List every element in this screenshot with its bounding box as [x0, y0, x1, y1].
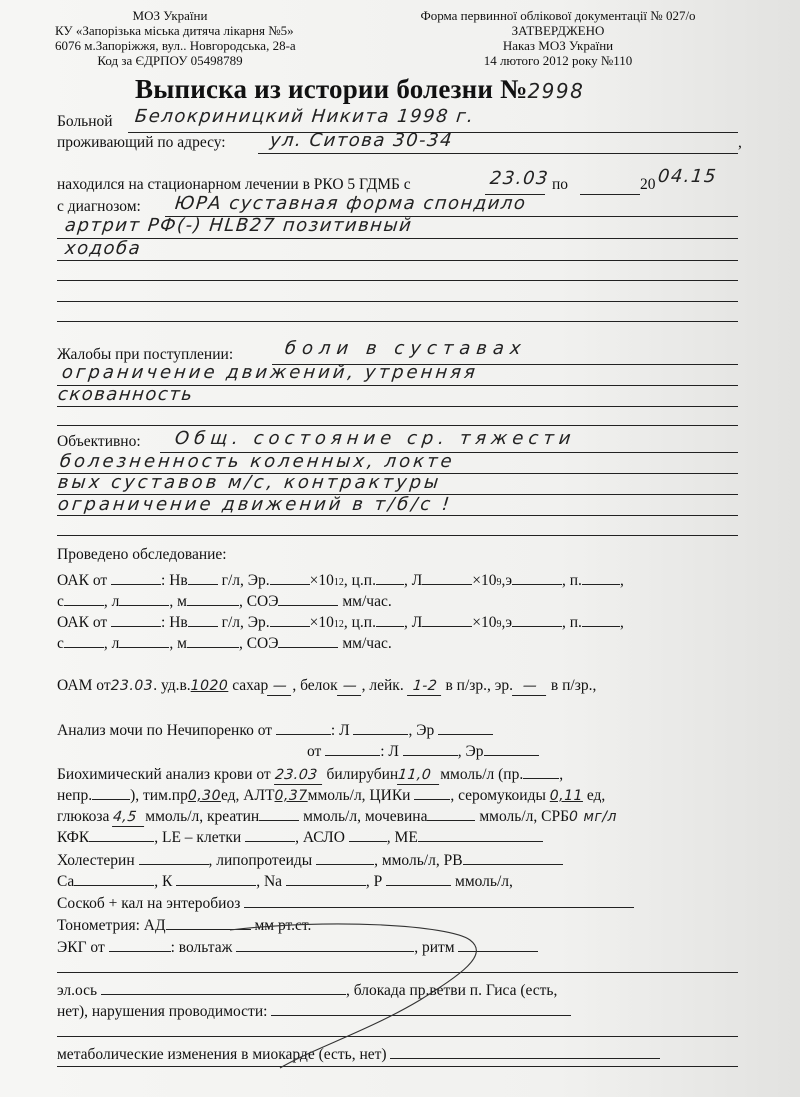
bilirubin-value: 11,0 [397, 766, 441, 785]
protein-label: , белок [292, 677, 337, 694]
lymph-label: , л [104, 635, 120, 652]
nech-er-label: , Эр [408, 722, 434, 739]
nech-er-label: , Эр [458, 743, 484, 760]
m-label: , м [169, 635, 187, 652]
metabolic-label: метаболические изменения в миокарде (ест… [57, 1046, 387, 1063]
le-label: , LE – клетки [154, 829, 241, 846]
hb-label: : Нв [161, 572, 188, 589]
l-label: , Л [404, 614, 422, 631]
biochem-row-1: Биохимический анализ крови от 23.03 били… [57, 764, 563, 785]
approved-label: ЗАТВЕРДЖЕНО [408, 23, 708, 38]
oak-label: ОАК от [57, 614, 107, 631]
biochem-row-4: КФК, LE – клетки , АСЛО , МЕ [57, 827, 543, 847]
na-label: , Na [256, 873, 282, 890]
objective-line-5 [57, 535, 738, 536]
header-right: Форма первинної облікової документації №… [408, 8, 708, 68]
ecg-row-3: нет), нарушения проводимости: [57, 1001, 571, 1021]
order-date: 14 лютого 2012 року №110 [408, 53, 708, 68]
oam-label: ОАМ от [57, 677, 111, 694]
biochem-row-2: непр.), тим.пр0,30ед, АЛТ0,37ммоль/л, ЦИ… [57, 785, 605, 805]
diagnosis-line-3 [57, 260, 738, 261]
bili-unit: ммоль/л (пр. [440, 766, 523, 783]
seromuk-unit: ед, [587, 787, 605, 804]
ecg-row-1: ЭКГ от : вольтаж , ритм [57, 937, 538, 957]
complaints-line-4 [57, 425, 738, 426]
k-label: , К [154, 873, 172, 890]
block-label: , блокада пр.ветви п. Гиса (есть, [346, 982, 557, 999]
nechiporenko-row-2: от : Л , Эр [307, 741, 539, 761]
seromuk-label: , серомукоиды [450, 787, 546, 804]
objective-text-2: болезненность коленных, локте [59, 451, 456, 472]
lymph-label: , л [104, 593, 120, 610]
cp-label: , ц.п. [344, 614, 376, 631]
hb-unit: г/л, Эр. [222, 572, 270, 589]
stay-year: 20 [640, 176, 656, 194]
exam-heading: Проведено обследование: [57, 546, 227, 564]
objective-text-3: вых суставов м/с, контрактуры [57, 472, 443, 493]
objective-text-4: ограничение движений в т/б/с ! [57, 494, 453, 515]
alt-unit: ммоль/л, ЦИКи [308, 787, 411, 804]
x10-exp: 12 [334, 619, 344, 630]
m-label: , м [169, 593, 187, 610]
diagnosis-line-4 [57, 280, 738, 281]
ecg-row-2: эл.ось , блокада пр.ветви п. Гиса (есть, [57, 980, 557, 1000]
leuk-label: , лейк. [362, 677, 404, 694]
rhythm-label: , ритм [414, 939, 454, 956]
objective-label: Объективно: [57, 433, 141, 451]
history-number: 2998 [527, 79, 584, 103]
soe-unit: мм/час. [342, 593, 391, 610]
tonometry-row: Тонометрия: АД мм рт.ст. [57, 915, 311, 935]
x109-label: ×10 [472, 614, 496, 631]
x10-label: ×10 [310, 614, 334, 631]
x10-label: ×10 [310, 572, 334, 589]
seromucoid-value: 0,11 [550, 788, 583, 804]
biochem-row-5: Холестерин , липопротеиды , ммоль/л, РВ [57, 850, 563, 870]
biochem-date: 23.03 [274, 766, 324, 785]
s-label: с [57, 593, 64, 610]
alt-label: ед, АЛТ [221, 787, 275, 804]
address-comma: , [738, 134, 742, 152]
stay-to-label: по [552, 176, 568, 194]
urea-unit: ммоль/л, СРБ [479, 808, 569, 825]
lipo-unit: , ммоль/л, РВ [374, 852, 462, 869]
soe-label: , СОЭ [239, 593, 279, 610]
kfk-label: КФК [57, 829, 89, 846]
e-label: ,э [501, 614, 512, 631]
oam-erythrocytes: — [512, 677, 548, 696]
enterobiosis-row: Соскоб + кал на энтеробиоз [57, 893, 634, 913]
order-name: Наказ МОЗ України [408, 38, 708, 53]
lipo-label: , липопротеиды [209, 852, 313, 869]
p-unit: ммоль/л, [455, 873, 513, 890]
complaints-text-2: ограничение движений, утренняя [61, 362, 479, 383]
oam-specific-gravity: 1020 [191, 678, 229, 694]
comma: , [559, 766, 563, 783]
timol-label: ), тим.пр [130, 787, 188, 804]
x109-label: ×10 [472, 572, 496, 589]
ministry-name: МОЗ України [55, 8, 285, 23]
diagnosis-line-6 [57, 321, 738, 322]
nech-l-label: : Л [331, 722, 350, 739]
patient-label: Больной [57, 113, 113, 131]
ud-label: . уд.в. [153, 677, 190, 694]
bottom-line [57, 1066, 738, 1067]
ecg-row-4: метаболические изменения в миокарде (ест… [57, 1044, 660, 1064]
complaints-line-3 [57, 406, 738, 407]
e-label: ,э [501, 572, 512, 589]
p-label: , п. [562, 572, 582, 589]
ecg-label: ЭКГ от [57, 939, 105, 956]
comma: , [620, 614, 624, 631]
l-label: , Л [404, 572, 422, 589]
alt-value: 0,37 [275, 788, 308, 804]
p-label: , Р [366, 873, 382, 890]
oam-protein: — [337, 677, 363, 696]
oak-row-1b: с, л, м, СОЭ мм/час. [57, 591, 392, 611]
p-label: , п. [562, 614, 582, 631]
hospital-name: КУ «Запорізька міська дитяча лікарня №5» [55, 23, 285, 38]
soe-label: , СОЭ [239, 635, 279, 652]
nechiporenko-label: Анализ мочи по Нечипоренко от [57, 722, 272, 739]
nech-l-label: : Л [380, 743, 399, 760]
comma: , [620, 572, 624, 589]
oam-sugar: — [267, 677, 293, 696]
oak-row-2b: с, л, м, СОЭ мм/час. [57, 633, 392, 653]
oam-date: 23.03 [111, 678, 154, 694]
address-line [258, 153, 738, 154]
field-end: в п/зр., [551, 677, 596, 694]
diagnosis-text-3: ходоба [64, 238, 142, 259]
biochem-label: Биохимический анализ крови от [57, 766, 271, 783]
objective-text-1: Общ. состояние ср. тяжести [174, 428, 577, 449]
diagnosis-line-5 [57, 301, 738, 302]
field-label: в п/зр., эр. [445, 677, 513, 694]
glucose-unit: ммоль/л, креатин [145, 808, 259, 825]
hospital-code: Код за ЄДРПОУ 05498789 [55, 53, 285, 68]
oak-label: ОАК от [57, 572, 107, 589]
complaints-text-3: скованность [57, 384, 195, 405]
glucose-label: глюкоза [57, 808, 109, 825]
crp-value: 0 мг/л [569, 809, 617, 825]
address-value: ул. Ситова 30-34 [269, 130, 454, 151]
address-label: проживающий по адресу: [57, 134, 226, 152]
diagnosis-text-2: артрит РФ(-) HLB27 позитивный [64, 215, 414, 236]
diagnosis-text-1: ЮРА суставная форма спондило [174, 193, 528, 214]
oak-row-1: ОАК от : Нв г/л, Эр.×1012, ц.п., Л×109,э… [57, 570, 624, 592]
diagnosis-label: с диагнозом: [57, 198, 141, 216]
enterobiosis-label: Соскоб + кал на энтеробиоз [57, 895, 240, 912]
axis-label: эл.ось [57, 982, 97, 999]
tonometry-unit: мм рт.ст. [254, 917, 311, 934]
nepr-label: непр. [57, 787, 92, 804]
form-number: Форма первинної облікової документації №… [408, 8, 708, 23]
me-label: , МЕ [387, 829, 418, 846]
thymol-value: 0,30 [188, 788, 221, 804]
document-title: Выписка из истории болезни №2998 [135, 74, 584, 105]
nechiporenko-row-1: Анализ мочи по Нечипоренко от : Л , Эр [57, 720, 493, 740]
sugar-label: сахар [232, 677, 268, 694]
objective-line-4 [57, 515, 738, 516]
stay-label: находился на стационарном лечении в РКО … [57, 176, 411, 194]
voltage-label: : вольтаж [171, 939, 233, 956]
diagnosis-line-2 [57, 238, 738, 239]
oam-leukocytes: 1-2 [407, 677, 443, 696]
glucose-value: 4,5 [112, 808, 146, 827]
kreat-unit: ммоль/л, мочевина [303, 808, 427, 825]
cp-label: , ц.п. [344, 572, 376, 589]
oam-row: ОАМ от23.03. уд.в.1020 сахар—, белок—, л… [57, 677, 596, 696]
title-text: Выписка из истории болезни № [135, 74, 527, 104]
nech-ot-label: от [307, 743, 321, 760]
complaints-text-1: боли в суставах [284, 338, 528, 359]
document-page: МОЗ України КУ «Запорізька міська дитяча… [0, 0, 800, 1097]
header-left: МОЗ України КУ «Запорізька міська дитяча… [55, 8, 285, 68]
stay-to: 04.15 [657, 166, 718, 187]
patient-name: Белокриницкий Никита 1998 г. [134, 106, 476, 127]
oak-row-2: ОАК от : Нв г/л, Эр.×1012, ц.п., Л×109,э… [57, 612, 624, 634]
hb-unit: г/л, Эр. [222, 614, 270, 631]
hb-label: : Нв [161, 614, 188, 631]
biochem-row-3: глюкоза 4,5ммоль/л, креатин ммоль/л, моч… [57, 806, 617, 827]
stay-from: 23.03 [489, 168, 550, 189]
hospital-address: 6076 м.Запоріжжя, вул.. Новгородська, 28… [55, 38, 285, 53]
soe-unit: мм/час. [342, 635, 391, 652]
tonometry-label: Тонометрия: АД [57, 917, 166, 934]
aslo-label: , АСЛО [295, 829, 345, 846]
ca-label: Са [57, 873, 74, 890]
cholesterol-label: Холестерин [57, 852, 135, 869]
stay-to-line [580, 194, 640, 195]
ecg-blank-line-2 [57, 1036, 738, 1037]
ecg-blank-line [57, 972, 738, 973]
biochem-row-6: Са, К , Na , Р ммоль/л, [57, 871, 513, 891]
s-label: с [57, 635, 64, 652]
bili-label: билирубин [326, 766, 398, 783]
conduction-label: нет), нарушения проводимости: [57, 1003, 267, 1020]
x10-exp: 12 [334, 577, 344, 588]
